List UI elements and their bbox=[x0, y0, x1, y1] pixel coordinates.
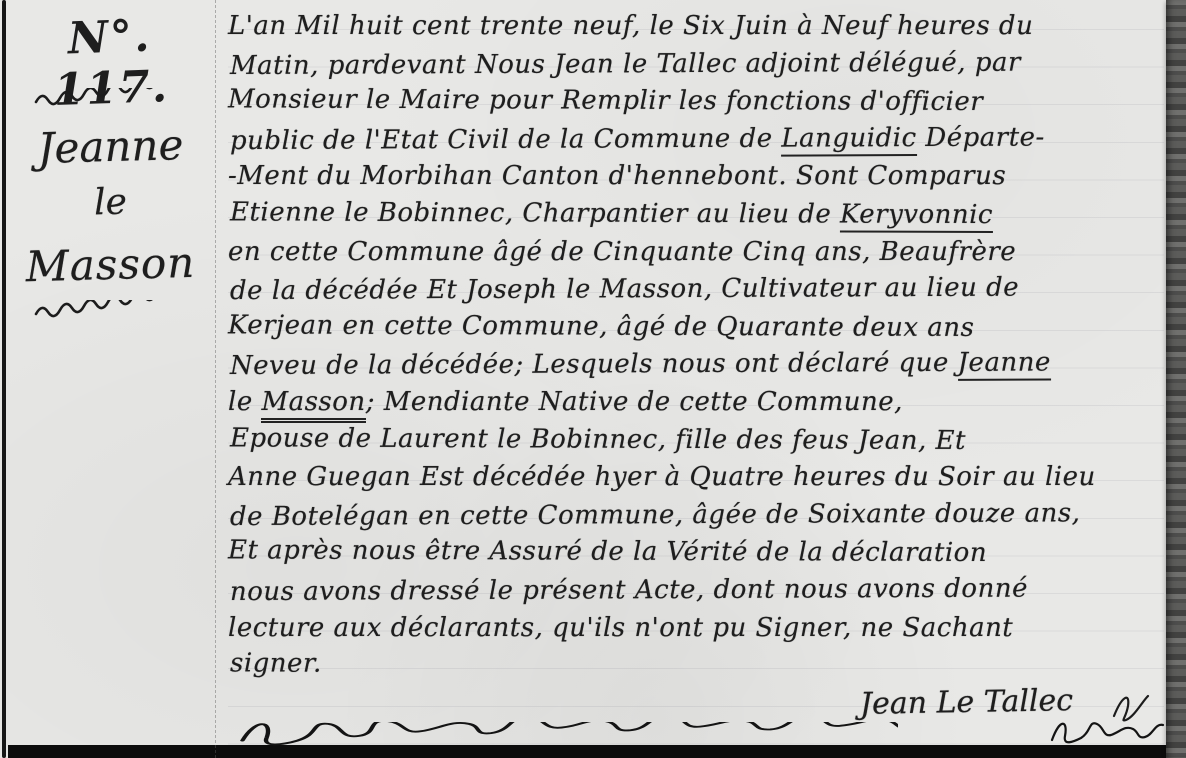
text-line: nous avons dressé le présent Acte, dont … bbox=[230, 570, 1164, 612]
text-segment: public de l'Etat Civil de la Commune de bbox=[230, 123, 781, 155]
text-segment: lecture aux déclarants, qu'ils n'ont pu … bbox=[228, 613, 1013, 643]
margin-column: N°. 117. Jeanne le Masson bbox=[6, 0, 215, 745]
cut-off-next-line-fragment bbox=[1048, 716, 1168, 746]
text-line: -Ment du Morbihan Canton d'hennebont. So… bbox=[228, 158, 1164, 196]
text-segment: Epouse de Laurent le Bobinnec, fille des… bbox=[230, 423, 966, 456]
text-segment: de Botelégan en cette Commune, âgée de S… bbox=[230, 498, 1081, 532]
text-segment: Départe- bbox=[917, 122, 1045, 153]
text-line: L'an Mil huit cent trente neuf, le Six J… bbox=[228, 8, 1164, 46]
underlined-word: Keryvonnic bbox=[840, 199, 993, 233]
text-segment: en cette Commune âgé de Cinquante Cinq a… bbox=[228, 237, 1016, 267]
page-binding-edge bbox=[1166, 0, 1186, 758]
text-segment: le bbox=[228, 387, 261, 417]
text-line: Epouse de Laurent le Bobinnec, fille des… bbox=[230, 420, 1164, 461]
scanned-register-page: N°. 117. Jeanne le Masson L'an Mil huit … bbox=[0, 0, 1186, 758]
text-segment: de la décédée Et Joseph le Masson, Culti… bbox=[230, 273, 1019, 306]
text-segment: Et après nous être Assuré de la Vérité d… bbox=[228, 536, 987, 569]
text-line: le Masson; Mendiante Native de cette Com… bbox=[228, 384, 1164, 422]
text-line: signer. bbox=[230, 645, 1164, 686]
text-line: Neveu de la décédée; Lesquels nous ont d… bbox=[230, 344, 1164, 386]
text-line: Anne Guegan Est décédée hyer à Quatre he… bbox=[228, 459, 1164, 497]
text-segment: Monsieur le Maire pour Remplir les fonct… bbox=[228, 85, 983, 118]
text-segment: Matin, pardevant Nous Jean le Tallec adj… bbox=[230, 47, 1021, 80]
text-segment: -Ment du Morbihan Canton d'hennebont. So… bbox=[228, 161, 1006, 191]
text-line: Matin, pardevant Nous Jean le Tallec adj… bbox=[230, 44, 1164, 86]
text-line: Monsieur le Maire pour Remplir les fonct… bbox=[228, 82, 1164, 123]
underlined-word: Masson bbox=[261, 387, 365, 423]
margin-name-line: Masson bbox=[5, 237, 215, 291]
text-line: de la décédée Et Joseph le Masson, Culti… bbox=[230, 269, 1164, 311]
death-act-text: L'an Mil huit cent trente neuf, le Six J… bbox=[228, 0, 1164, 745]
text-line: lecture aux déclarants, qu'ils n'ont pu … bbox=[228, 610, 1164, 648]
text-line: en cette Commune âgé de Cinquante Cinq a… bbox=[228, 234, 1164, 272]
flourish-squiggle bbox=[34, 88, 186, 112]
margin-name-line: Jeanne bbox=[5, 119, 215, 173]
text-segment: L'an Mil huit cent trente neuf, le Six J… bbox=[228, 11, 1033, 41]
text-line: Kerjean en cette Commune, âgé de Quarant… bbox=[228, 307, 1164, 348]
text-segment: Anne Guegan Est décédée hyer à Quatre he… bbox=[228, 462, 1096, 492]
text-line: Etienne le Bobinnec, Charpantier au lieu… bbox=[230, 194, 1164, 235]
text-segment: nous avons dressé le présent Acte, dont … bbox=[230, 573, 1028, 606]
underlined-word: Languidic bbox=[781, 123, 916, 157]
text-segment: Neveu de la décédée; Lesquels nous ont d… bbox=[230, 348, 958, 381]
cut-off-next-line bbox=[238, 722, 898, 748]
text-line: de Botelégan en cette Commune, âgée de S… bbox=[230, 495, 1164, 537]
act-lines: L'an Mil huit cent trente neuf, le Six J… bbox=[228, 8, 1164, 685]
text-line: Et après nous être Assuré de la Vérité d… bbox=[228, 533, 1164, 574]
official-signature: Jean Le Tallec bbox=[860, 682, 1074, 723]
text-segment: Kerjean en cette Commune, âgé de Quarant… bbox=[228, 310, 974, 343]
text-segment: Etienne le Bobinnec, Charpantier au lieu… bbox=[230, 197, 840, 229]
margin-name-line: le bbox=[5, 179, 215, 225]
text-line: public de l'Etat Civil de la Commune de … bbox=[230, 119, 1164, 161]
margin-divider-line bbox=[215, 0, 216, 758]
underlined-word: Jeanne bbox=[958, 348, 1051, 381]
text-segment: ; Mendiante Native de cette Commune, bbox=[366, 387, 903, 417]
text-segment: signer. bbox=[230, 648, 322, 678]
flourish-squiggle bbox=[34, 300, 186, 324]
